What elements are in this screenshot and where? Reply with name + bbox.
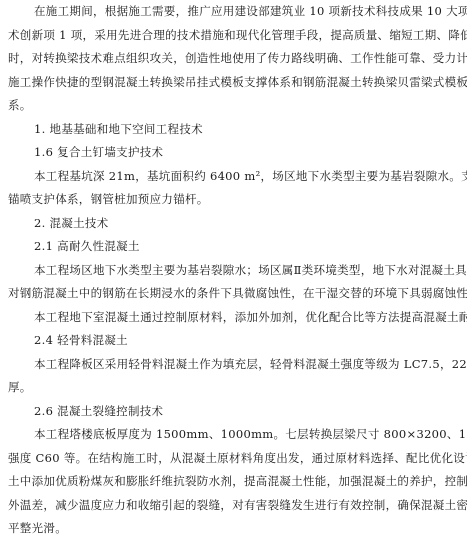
paragraph-line: 本工程降板区采用轻骨料混凝土作为填充层，轻骨料混凝土强度等级为 LC7.5，22… <box>8 353 467 377</box>
paragraph-line: 外温差，减少温度应力和收缩引起的裂缝，对有害裂缝发生进行有效控制，确保混凝土密实… <box>8 494 467 518</box>
paragraph-line: 在施工期间，根据施工需要，推广应用建设部建筑业 10 项新技术科技成果 10 大… <box>8 0 467 24</box>
paragraph-line: 土中添加优质粉煤灰和膨胀纤维抗裂防水剂，提高混凝土性能，加强混凝土的养护，控制混… <box>8 470 467 494</box>
subsection-heading: 2.4 轻骨料混凝土 <box>8 329 467 353</box>
paragraph-line: 强度 C60 等。在结构施工时，从混凝土原材料角度出发，通过原材料选择、配比优化… <box>8 447 467 471</box>
paragraph-line: 术创新项 1 项，采用先进合理的技术措施和现代化管理手段，提高质量、缩短工期、降… <box>8 24 467 48</box>
paragraph-line: 厚。 <box>8 376 467 400</box>
paragraph-line: 时，对转换梁技术难点组织攻关，创造性地使用了传力路线明确、工作性能可靠、受力计算… <box>8 47 467 71</box>
subsection-heading: 2.1 高耐久性混凝土 <box>8 235 467 259</box>
paragraph-line: 本工程场区地下水类型主要为基岩裂隙水；场区属Ⅱ类环境类型，地下水对混凝土具微腐蚀… <box>8 259 467 283</box>
paragraph-line: 对钢筋混凝土中的钢筋在长期浸水的条件下具微腐蚀性，在干湿交替的环境下具弱腐蚀性。 <box>8 282 467 306</box>
document-body: 在施工期间，根据施工需要，推广应用建设部建筑业 10 项新技术科技成果 10 大… <box>8 0 467 541</box>
paragraph-line: 系。 <box>8 94 467 118</box>
paragraph-line: 本工程塔楼底板厚度为 1500mm、1000mm。七层转换层梁尺寸 800×32… <box>8 423 467 447</box>
paragraph-line: 施工操作快捷的型钢混凝土转换梁吊挂式模板支撑体系和钢筋混凝土转换梁贝雷梁式模板支… <box>8 71 467 95</box>
subsection-heading: 1.6 复合土钉墙支护技术 <box>8 141 467 165</box>
section-heading: 2. 混凝土技术 <box>8 212 467 236</box>
section-heading: 1. 地基基础和地下空间工程技术 <box>8 118 467 142</box>
subsection-heading: 2.6 混凝土裂缝控制技术 <box>8 400 467 424</box>
paragraph-line: 本工程基坑深 21m，基坑面积约 6400 m²，场区地下水类型主要为基岩裂隙水… <box>8 165 467 189</box>
paragraph-line: 本工程地下室混凝土通过控制原材料，添加外加剂，优化配合比等方法提高混凝土耐久性。 <box>8 306 467 330</box>
paragraph-line: 锚喷支护体系，钢管桩加预应力锚杆。 <box>8 188 467 212</box>
paragraph-line: 平整光滑。 <box>8 517 467 541</box>
